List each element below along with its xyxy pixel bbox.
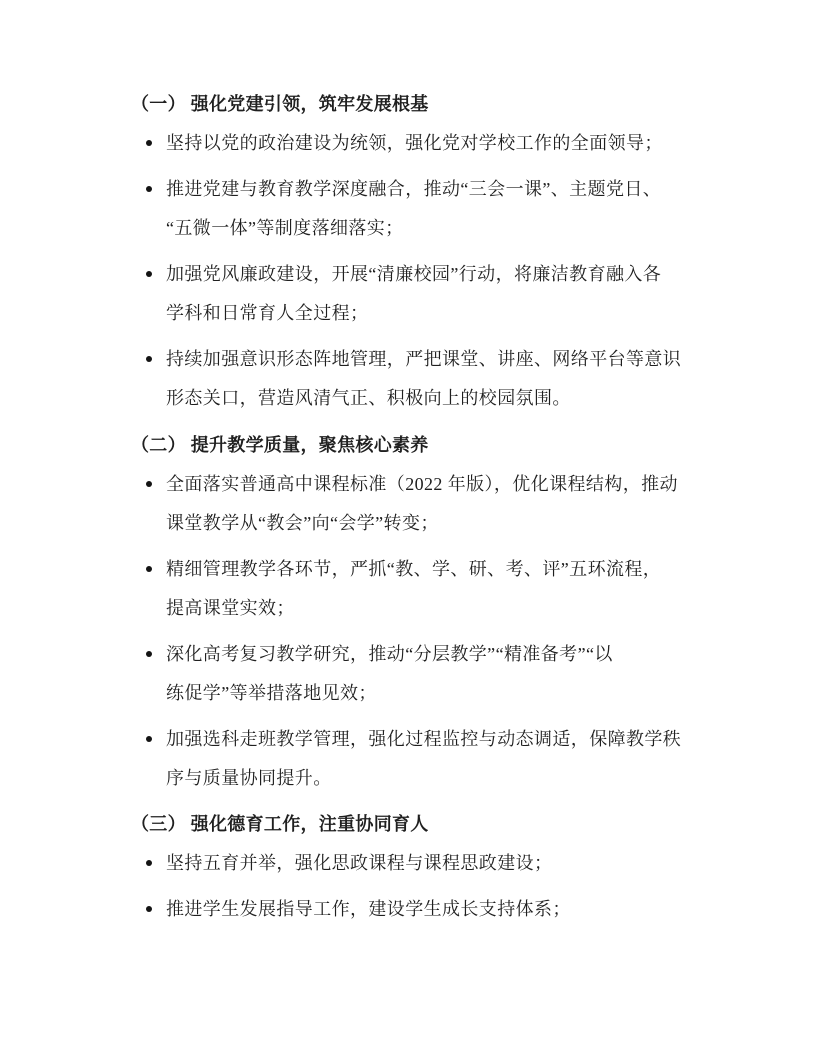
- bullet-icon: [146, 860, 152, 866]
- list-item: 持续加强意识形态阵地管理，严把课堂、讲座、网络平台等意识 形态关口，营造风清气正…: [131, 340, 692, 418]
- bullet-icon: [146, 651, 152, 657]
- bullet-icon: [146, 736, 152, 742]
- list-item: 坚持五育并举，强化思政课程与课程思政建设；: [131, 844, 692, 883]
- list-item: 全面落实普通高中课程标准（2022 年版），优化课程结构，推动 课堂教学从“教会…: [131, 465, 692, 543]
- bullet-icon: [146, 186, 152, 192]
- bullet-icon: [146, 906, 152, 912]
- bullet-text: 加强党风廉政建设，开展“清廉校园”行动，将廉洁教育融入各 学科和日常育人全过程；: [166, 255, 692, 333]
- bullet-text: 全面落实普通高中课程标准（2022 年版），优化课程结构，推动 课堂教学从“教会…: [166, 465, 692, 543]
- bullet-text: 坚持以党的政治建设为统领，强化党对学校工作的全面领导；: [166, 124, 692, 163]
- bullet-text: 深化高考复习教学研究，推动“分层教学”“精准备考”“以 练促学”等举措落地见效；: [166, 635, 692, 713]
- section-heading: （三） 强化德育工作，注重协同育人: [131, 805, 692, 844]
- list-item: 精细管理教学各环节，严抓“教、学、研、考、评”五环流程， 提高课堂实效；: [131, 550, 692, 628]
- bullet-list: 坚持五育并举，强化思政课程与课程思政建设； 推进学生发展指导工作，建设学生成长支…: [131, 844, 692, 929]
- list-item: 推进学生发展指导工作，建设学生成长支持体系；: [131, 890, 692, 929]
- bullet-text: 推进党建与教育教学深度融合，推动“三会一课”、主题党日、 “五微一体”等制度落细…: [166, 170, 692, 248]
- document-page: （一） 强化党建引领，筑牢发展根基 坚持以党的政治建设为统领，强化党对学校工作的…: [0, 0, 816, 1056]
- bullet-icon: [146, 566, 152, 572]
- bullet-text: 推进学生发展指导工作，建设学生成长支持体系；: [166, 890, 692, 929]
- bullet-text: 坚持五育并举，强化思政课程与课程思政建设；: [166, 844, 692, 883]
- section-heading: （一） 强化党建引领，筑牢发展根基: [131, 85, 692, 124]
- section-moral-education: （三） 强化德育工作，注重协同育人 坚持五育并举，强化思政课程与课程思政建设； …: [131, 805, 692, 929]
- bullet-list: 全面落实普通高中课程标准（2022 年版），优化课程结构，推动 课堂教学从“教会…: [131, 465, 692, 798]
- list-item: 加强党风廉政建设，开展“清廉校园”行动，将廉洁教育融入各 学科和日常育人全过程；: [131, 255, 692, 333]
- list-item: 推进党建与教育教学深度融合，推动“三会一课”、主题党日、 “五微一体”等制度落细…: [131, 170, 692, 248]
- list-item: 加强选科走班教学管理，强化过程监控与动态调适，保障教学秩 序与质量协同提升。: [131, 720, 692, 798]
- section-party-building: （一） 强化党建引领，筑牢发展根基 坚持以党的政治建设为统领，强化党对学校工作的…: [131, 85, 692, 418]
- bullet-icon: [146, 356, 152, 362]
- bullet-list: 坚持以党的政治建设为统领，强化党对学校工作的全面领导； 推进党建与教育教学深度融…: [131, 124, 692, 418]
- bullet-text: 加强选科走班教学管理，强化过程监控与动态调适，保障教学秩 序与质量协同提升。: [166, 720, 692, 798]
- bullet-text: 精细管理教学各环节，严抓“教、学、研、考、评”五环流程， 提高课堂实效；: [166, 550, 692, 628]
- bullet-icon: [146, 481, 152, 487]
- document-content: （一） 强化党建引领，筑牢发展根基 坚持以党的政治建设为统领，强化党对学校工作的…: [131, 85, 692, 936]
- list-item: 坚持以党的政治建设为统领，强化党对学校工作的全面领导；: [131, 124, 692, 163]
- bullet-text: 持续加强意识形态阵地管理，严把课堂、讲座、网络平台等意识 形态关口，营造风清气正…: [166, 340, 692, 418]
- list-item: 深化高考复习教学研究，推动“分层教学”“精准备考”“以 练促学”等举措落地见效；: [131, 635, 692, 713]
- bullet-icon: [146, 271, 152, 277]
- section-teaching-quality: （二） 提升教学质量，聚焦核心素养 全面落实普通高中课程标准（2022 年版），…: [131, 426, 692, 798]
- bullet-icon: [146, 140, 152, 146]
- section-heading: （二） 提升教学质量，聚焦核心素养: [131, 426, 692, 465]
